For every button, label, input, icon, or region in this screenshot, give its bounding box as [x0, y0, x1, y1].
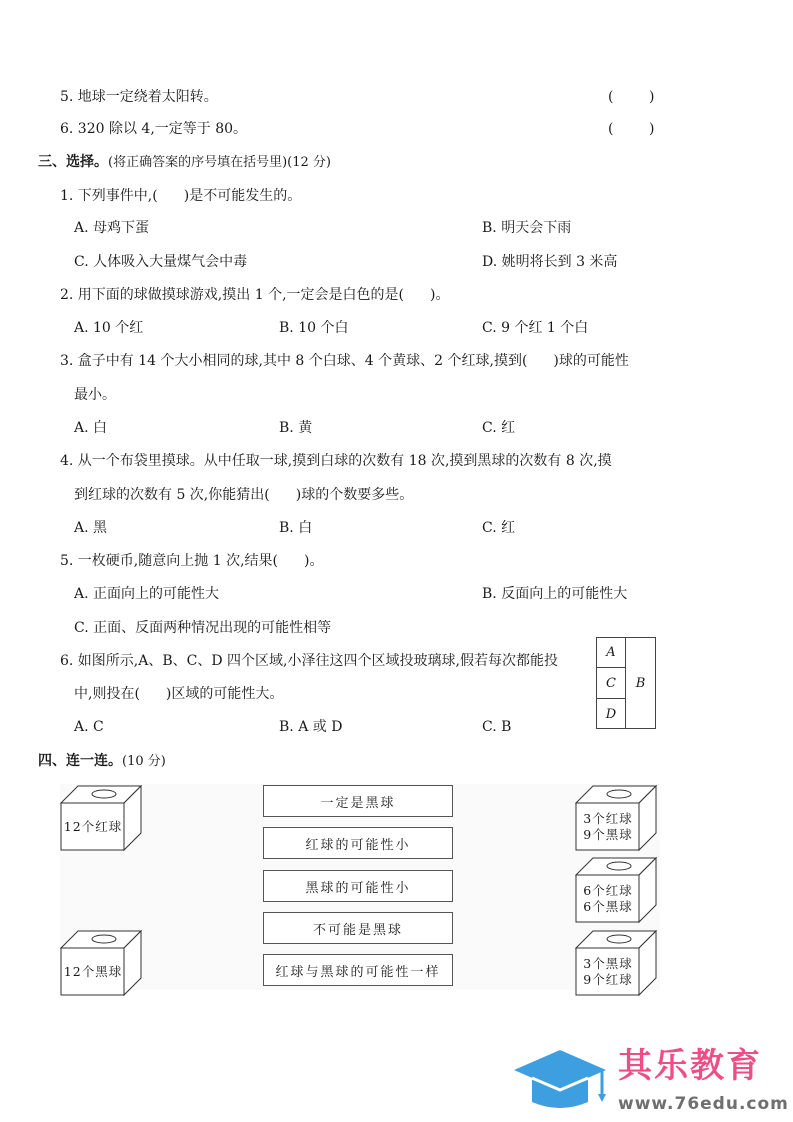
stem-text: 2. 用下面的球做摸球游戏,摸出 1 个,一定会是白色的是(: [60, 287, 404, 303]
question-6-stem-line1: 6. 如图所示,A、B、C、D 四个区域,小泽往这四个区域投玻璃球,假若每次都能…: [60, 652, 558, 670]
question-3-stem: 3. 盒子中有 14 个大小相同的球,其中 8 个白球、4 个黄球、2 个红球,…: [60, 352, 629, 370]
box-label-line: 6个红球: [583, 883, 632, 899]
question-6-stem-line2: 中,则投在()区域的可能性大。: [74, 685, 283, 703]
stem-text: 到红球的次数有 5 次,你能猜出(: [74, 487, 270, 503]
stem-text: )球的个数要多些。: [296, 487, 413, 503]
ball-box-right-2[interactable]: 6个红球 6个黑球: [575, 856, 657, 924]
answer-paren-open: (: [608, 120, 613, 138]
box-label: 12个黑球: [61, 948, 125, 995]
box-label-line: 12个黑球: [64, 964, 122, 980]
stem-text: 1. 下列事件中,(: [60, 188, 158, 204]
graduation-cap-icon: [510, 1040, 610, 1110]
region-d: D: [597, 699, 626, 729]
box-label: 3个黑球 9个红球: [576, 948, 640, 995]
box-label-line: 3个黑球: [583, 956, 632, 972]
option-1b: B. 明天会下雨: [482, 219, 571, 237]
option-2c: C. 9 个红 1 个白: [482, 319, 588, 337]
stem-text: )是不可能发生的。: [184, 188, 301, 204]
logo-url: www.76edu.com: [618, 1094, 789, 1114]
option-3c: C. 红: [482, 419, 515, 437]
statement-2[interactable]: 红球的可能性小: [263, 827, 453, 859]
answer-paren-close: ): [649, 88, 654, 106]
stem-text: 3. 盒子中有 14 个大小相同的球,其中 8 个白球、4 个黄球、2 个红球,…: [60, 353, 527, 369]
statement-5[interactable]: 红球与黑球的可能性一样: [263, 954, 453, 986]
stem-text: 5. 一枚硬币,随意向上抛 1 次,结果(: [60, 553, 278, 569]
answer-paren-close: ): [649, 120, 654, 138]
option-6b: B. A 或 D: [279, 718, 342, 736]
section-4-title: 四、连一连。: [38, 753, 122, 769]
question-4-stem-line2: 到红球的次数有 5 次,你能猜出()球的个数要多些。: [74, 486, 413, 504]
box-label-line: 9个黑球: [583, 827, 632, 843]
statement-1[interactable]: 一定是黑球: [263, 785, 453, 817]
region-diagram: A C D B: [596, 637, 656, 729]
option-3b: B. 黄: [279, 419, 312, 437]
option-2b: B. 10 个白: [279, 319, 348, 337]
section-3-title: 三、选择。: [38, 154, 108, 170]
stem-text: )。: [304, 553, 323, 569]
ball-box-right-3[interactable]: 3个黑球 9个红球: [575, 929, 657, 997]
question-2-stem: 2. 用下面的球做摸球游戏,摸出 1 个,一定会是白色的是()。: [60, 286, 449, 304]
question-1-stem: 1. 下列事件中,()是不可能发生的。: [60, 187, 301, 205]
stem-text: )球的可能性: [553, 353, 628, 369]
section-3-note: (将正确答案的序号填在括号里)(12 分): [108, 155, 331, 170]
region-a: A: [597, 638, 626, 668]
section-4-heading: 四、连一连。(10 分): [38, 752, 166, 771]
question-5-stem: 5. 一枚硬币,随意向上抛 1 次,结果()。: [60, 552, 323, 570]
ball-box-left-1[interactable]: 12个红球: [60, 784, 142, 852]
judgment-item-6: 6. 320 除以 4,一定等于 80。: [60, 120, 247, 138]
section-3-heading: 三、选择。(将正确答案的序号填在括号里)(12 分): [38, 153, 331, 172]
box-label-line: 12个红球: [64, 819, 122, 835]
question-4-stem-line1: 4. 从一个布袋里摸球。从中任取一球,摸到白球的次数有 18 次,摸到黑球的次数…: [60, 452, 612, 470]
option-4c: C. 红: [482, 519, 515, 537]
stem-text: )。: [430, 287, 449, 303]
option-6c: C. B: [482, 718, 511, 736]
section-4-note: (10 分): [122, 754, 166, 769]
statement-4[interactable]: 不可能是黑球: [263, 912, 453, 944]
stem-text: )区域的可能性大。: [166, 686, 283, 702]
option-1a: A. 母鸡下蛋: [74, 219, 149, 237]
question-3-stem-line2: 最小。: [74, 386, 116, 404]
box-label: 6个红球 6个黑球: [576, 875, 640, 922]
box-label: 3个红球 9个黑球: [576, 803, 640, 850]
box-label-line: 3个红球: [583, 811, 632, 827]
option-4b: B. 白: [279, 519, 312, 537]
logo-name: 其乐教育: [618, 1046, 762, 1086]
stem-text: 中,则投在(: [74, 686, 140, 702]
option-3a: A. 白: [74, 419, 107, 437]
box-label: 12个红球: [61, 803, 125, 850]
option-5c: C. 正面、反面两种情况出现的可能性相等: [74, 619, 331, 637]
option-4a: A. 黑: [74, 519, 107, 537]
option-5b: B. 反面向上的可能性大: [482, 585, 627, 603]
option-1c: C. 人体吸入大量煤气会中毒: [74, 253, 247, 271]
ball-box-right-1[interactable]: 3个红球 9个黑球: [575, 784, 657, 852]
answer-paren-open: (: [608, 88, 613, 106]
judgment-item-5: 5. 地球一定绕着太阳转。: [60, 88, 218, 106]
region-b: B: [626, 638, 655, 728]
option-1d: D. 姚明将长到 3 米高: [482, 253, 617, 271]
brand-logo: 其乐教育 www.76edu.com: [510, 1040, 790, 1120]
box-label-line: 9个红球: [583, 972, 632, 988]
option-2a: A. 10 个红: [74, 319, 143, 337]
ball-box-left-2[interactable]: 12个黑球: [60, 929, 142, 997]
statement-3[interactable]: 黑球的可能性小: [263, 870, 453, 902]
option-6a: A. C: [74, 718, 104, 736]
option-5a: A. 正面向上的可能性大: [74, 585, 219, 603]
box-label-line: 6个黑球: [583, 899, 632, 915]
region-c: C: [597, 668, 626, 699]
